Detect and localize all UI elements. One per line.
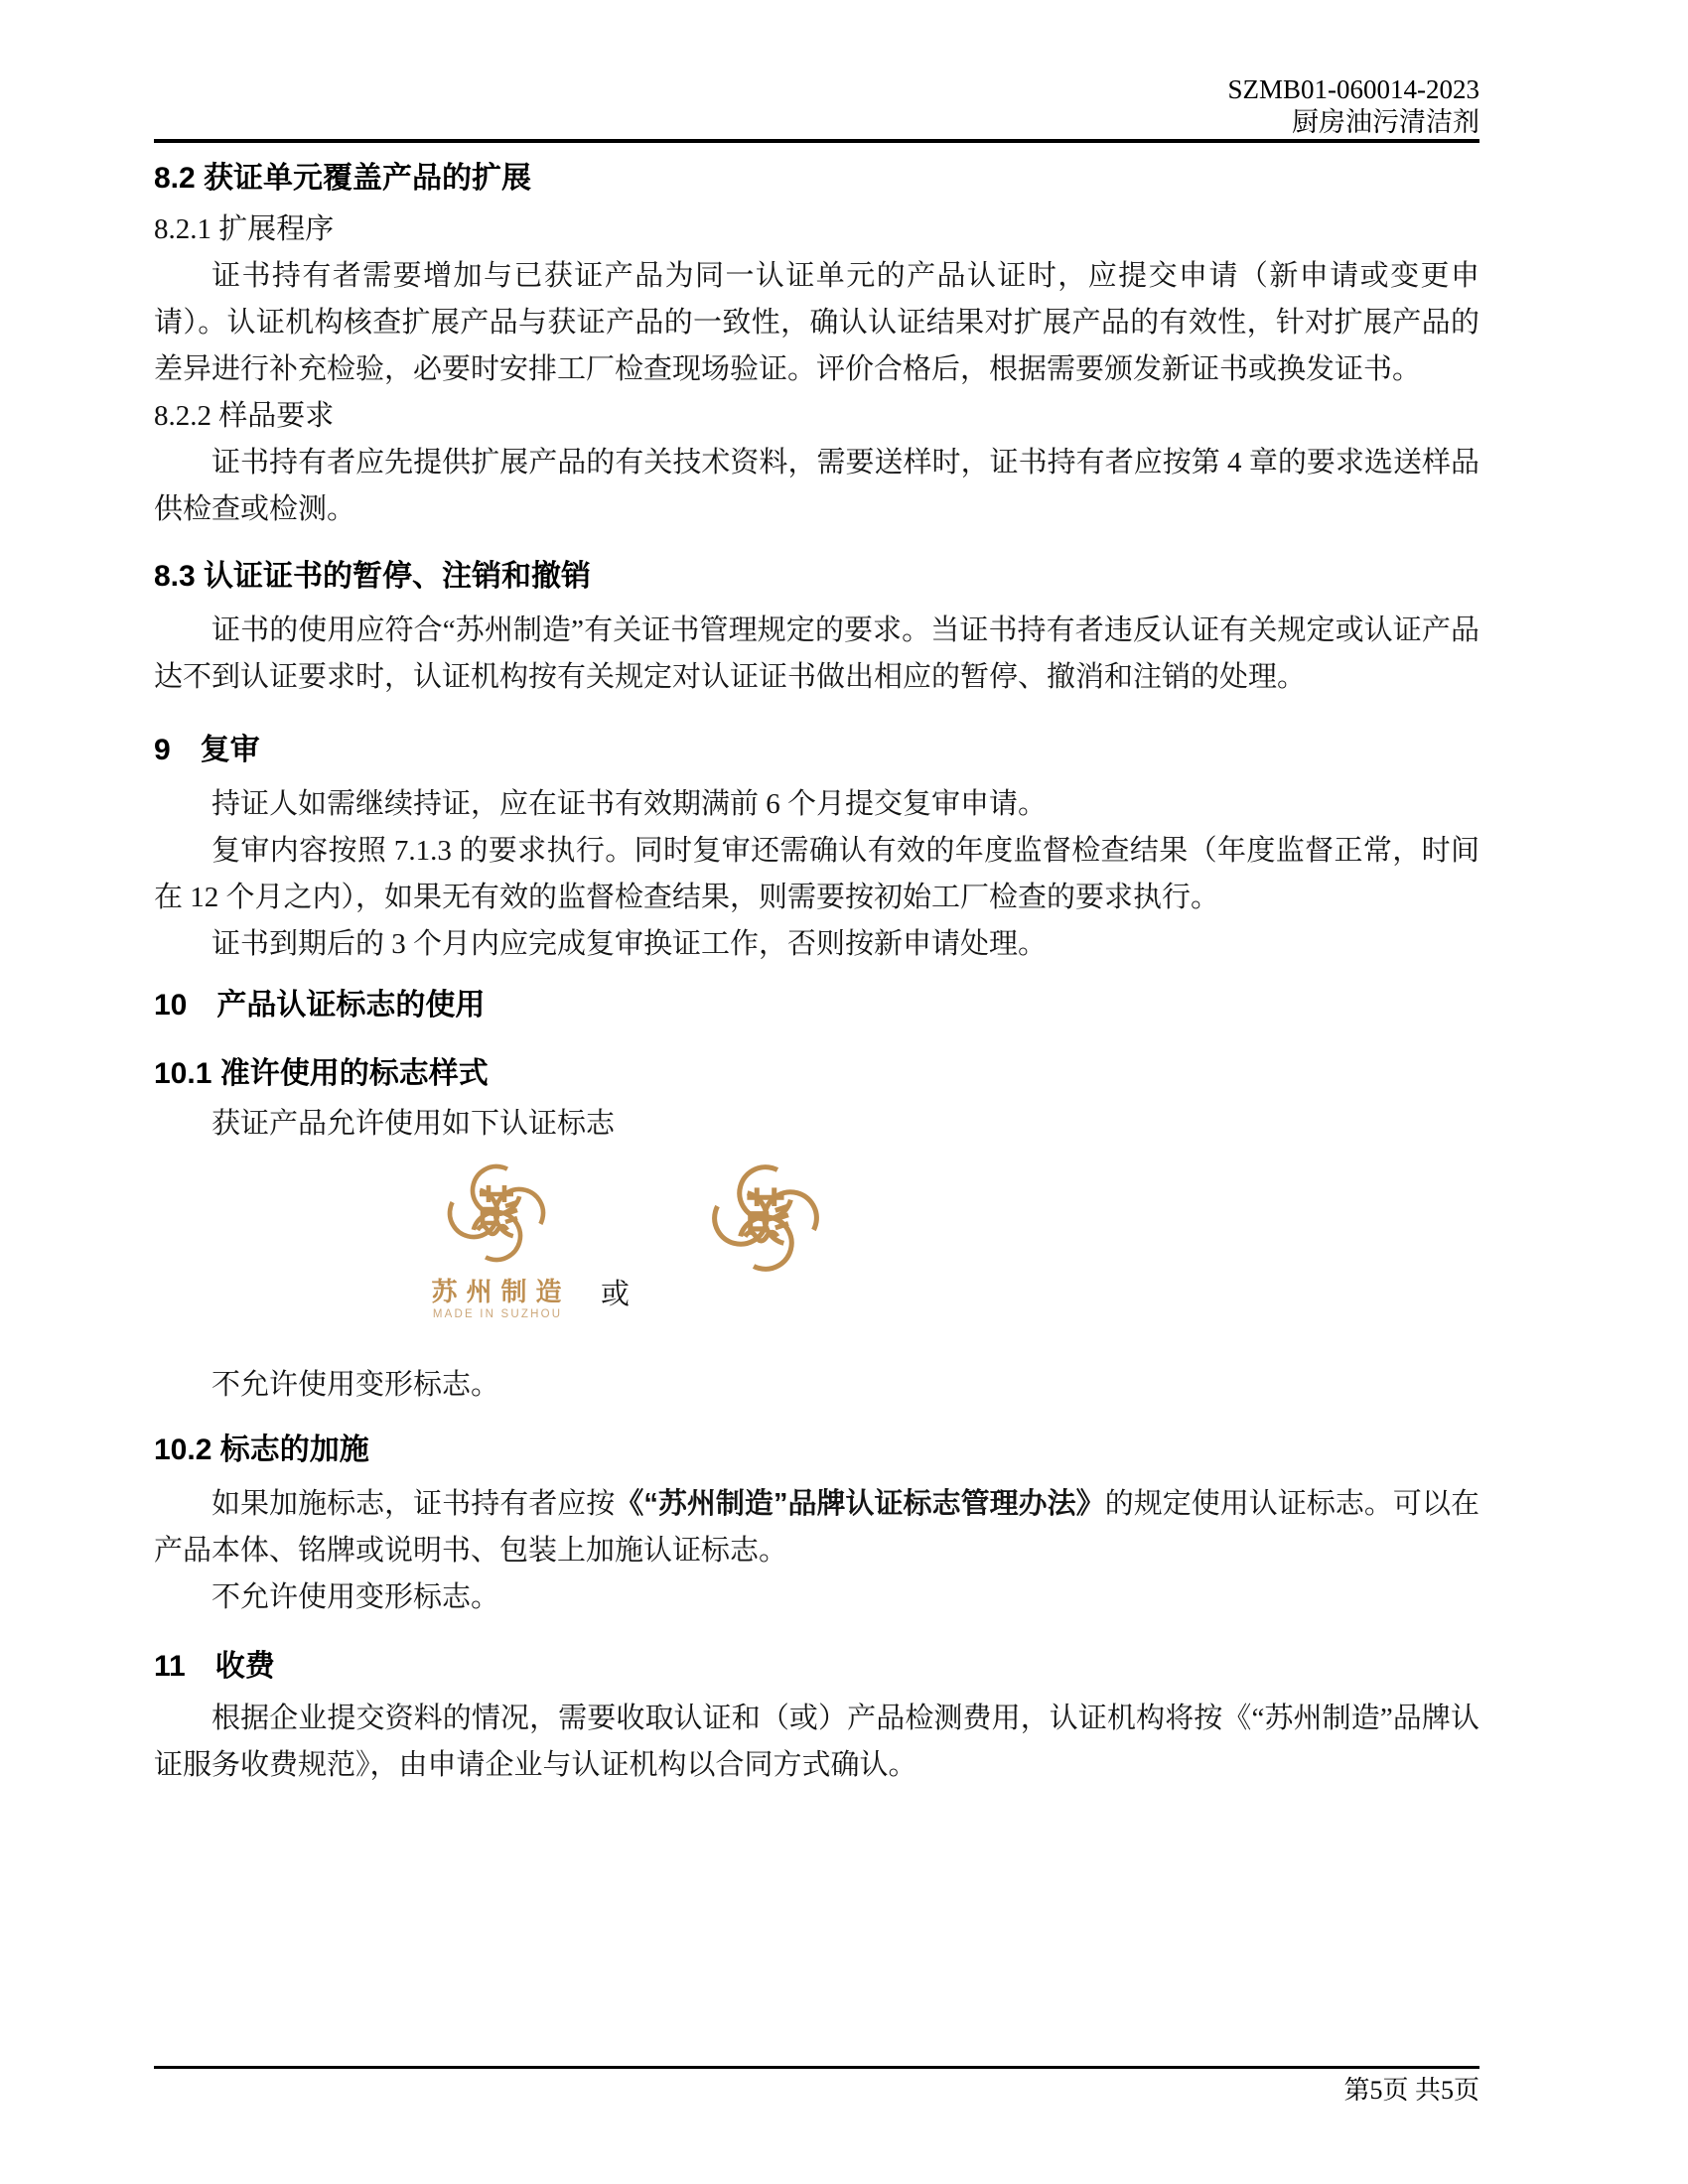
document-page: SZMB01-060014-2023 厨房油污清洁剂 8.2 获证单元覆盖产品的… — [0, 0, 1688, 2184]
heading-11: 11 收费 — [154, 1643, 1479, 1690]
paragraph-8-3: 证书的使用应符合“苏州制造”有关证书管理规定的要求。当证书持有者违反认证有关规定… — [154, 608, 1479, 701]
suzhou-made-mark-with-wordmark: 苏州制造 MADE IN SUZHOU — [422, 1160, 571, 1320]
note-no-deformed-mark-2: 不允许使用变形标志。 — [154, 1574, 1479, 1621]
header-doc-title: 厨房油污清洁剂 — [154, 106, 1479, 139]
page-number: 第5页 共5页 — [154, 2069, 1479, 2108]
heading-8-3: 8.3 认证证书的暂停、注销和撤销 — [154, 553, 1479, 600]
heading-10-1: 10.1 准许使用的标志样式 — [154, 1050, 1479, 1097]
suzhou-made-logo-icon — [707, 1160, 824, 1277]
document-body: 8.2 获证单元覆盖产品的扩展 8.2.1 扩展程序 证书持有者需要增加与已获证… — [154, 155, 1479, 1789]
heading-10-2: 10.2 标志的加施 — [154, 1427, 1479, 1473]
heading-9: 9 复审 — [154, 727, 1479, 773]
paragraph-10-2-bold-title: 《“苏州制造”品牌认证标志管理办法》 — [615, 1488, 1104, 1520]
paragraph-10-2: 如果加施标志，证书持有者应按《“苏州制造”品牌认证标志管理办法》的规定使用认证标… — [154, 1481, 1479, 1574]
page-footer: 第5页 共5页 — [154, 2066, 1479, 2108]
heading-8-2-1: 8.2.1 扩展程序 — [154, 206, 1479, 253]
paragraph-10-1: 获证产品允许使用如下认证标志 — [154, 1101, 1479, 1148]
heading-8-2-2: 8.2.2 样品要求 — [154, 393, 1479, 440]
paragraph-9-1: 持证人如需继续持证，应在证书有效期满前 6 个月提交复审申请。 — [154, 781, 1479, 828]
or-label: 或 — [601, 1281, 630, 1309]
paragraph-8-2-1: 证书持有者需要增加与已获证产品为同一认证单元的产品认证时，应提交申请（新申请或变… — [154, 253, 1479, 393]
paragraph-11: 根据企业提交资料的情况，需要收取认证和（或）产品检测费用，认证机构将按《“苏州制… — [154, 1696, 1479, 1789]
heading-8-2: 8.2 获证单元覆盖产品的扩展 — [154, 155, 1479, 202]
header-doc-number: SZMB01-060014-2023 — [154, 73, 1479, 106]
paragraph-8-2-2: 证书持有者应先提供扩展产品的有关技术资料，需要送样时，证书持有者应按第 4 章的… — [154, 440, 1479, 533]
suzhou-made-logo-icon — [443, 1160, 550, 1267]
paragraph-9-3: 证书到期后的 3 个月内应完成复审换证工作，否则按新申请处理。 — [154, 921, 1479, 968]
note-no-deformed-mark-1: 不允许使用变形标志。 — [154, 1362, 1479, 1409]
certification-marks: 苏州制造 MADE IN SUZHOU 或 — [422, 1160, 1479, 1320]
heading-10: 10 产品认证标志的使用 — [154, 982, 1479, 1028]
page-header: SZMB01-060014-2023 厨房油污清洁剂 — [154, 73, 1479, 139]
paragraph-10-2-pre: 如果加施标志，证书持有者应按 — [211, 1488, 615, 1520]
logo-wordmark-cn: 苏州制造 — [431, 1277, 570, 1306]
header-rule — [154, 139, 1479, 143]
paragraph-9-2: 复审内容按照 7.1.3 的要求执行。同时复审还需确认有效的年度监督检查结果（年… — [154, 828, 1479, 921]
logo-wordmark-en: MADE IN SUZHOU — [433, 1308, 562, 1320]
